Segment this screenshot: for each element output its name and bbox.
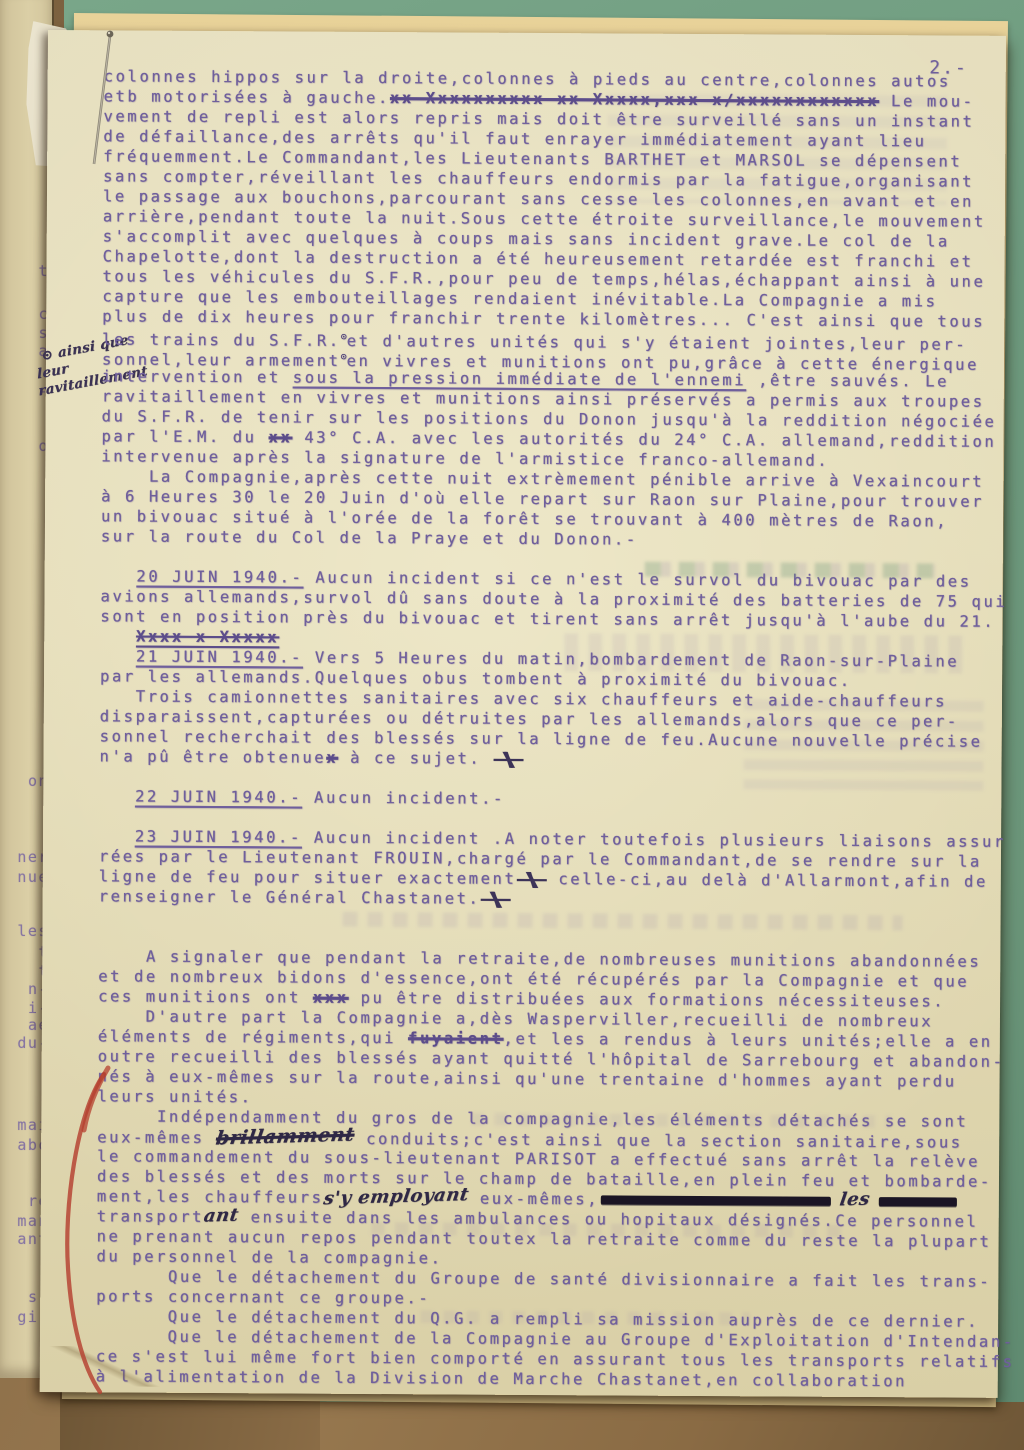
scanned-war-diary-photo: { "colors":{"blotter_green":"#6e9a7e","d… [0,0,1024,1450]
typed-text: celle-ci,au delà d'Allarmont,afin de [546,870,988,891]
struck-text: xx Xxxxxxxxxx xx Xxxxx,xxx x/xxxxxxxxxxx… [390,89,879,110]
typed-text: ment,les chauffeurs [97,1187,324,1206]
pen-mark [480,891,510,907]
struck-underlined-text: Xxxx x Xxxxx [136,628,279,647]
underlined-text: 22 JUIN 1940.- [135,788,302,807]
struck-text: x [326,749,338,767]
underlined-text: 21 JUIN 1940.- [136,648,303,667]
handwritten-text: s'y employant [322,1185,470,1209]
typed-text: ,être sauvés. Le [746,371,949,390]
typed-text: leurs unités. [97,1087,252,1106]
typed-text: à ce sujet. [338,749,493,768]
typed-text [99,787,135,805]
struck-text: xxx [313,989,349,1007]
typed-text [101,567,137,585]
handwritten-struck-text: brillamment [215,1125,356,1149]
typed-text: sur la route du Col de la Praye et du Do… [101,527,638,548]
typed-text: ligne de feu pour situer exactement [99,867,517,888]
handwritten-text: ant [203,1206,241,1227]
pen-mark [516,871,546,887]
typed-text: à l'alimentation de la Division de March… [96,1367,907,1390]
struck-text: xx [269,428,293,446]
typed-text: Aucun incident.- [302,789,505,808]
redaction-bar [879,1197,957,1206]
typed-text: ces munitions ont [98,987,313,1006]
typed-text: etb motorisées à gauche. [104,87,390,107]
typed-text: eux-mêmes [97,1128,216,1147]
handwritten-text: les [832,1189,879,1210]
typed-text: pu être distribuées aux formations néces… [349,989,946,1011]
underlined-text: 20 JUIN 1940.- [136,568,303,587]
underlined-text: 23 JUIN 1940.- [135,828,302,847]
pen-mark [493,751,523,767]
typed-text: eux-mêmes, [468,1190,599,1209]
typed-text: intervention et [102,367,293,386]
typed-text: du personnel de la compagnie. [96,1247,442,1267]
typed-line: à l'alimentation de la Division de March… [96,1366,996,1391]
typed-text: Le mou- [879,92,975,111]
typed-text: n'a pû être obtenue [100,747,327,766]
typed-text [100,647,136,665]
typed-text: transport [97,1207,204,1226]
typed-text [100,627,136,645]
typewritten-page: 2.- ⊙ ainsi que leur ravitaillement colo… [40,30,1006,1398]
struck-text: fuyaient [408,1029,504,1048]
typed-text: renseigner le Général Chastanet. [99,887,481,907]
redaction-bar [601,1195,831,1205]
underlined-text: sous la pression immédiate de l'ennemi [293,369,747,390]
typed-text [99,827,135,845]
typed-line: eux-mêmes brillamment conduits;c'est ain… [97,1126,997,1151]
typed-text: par l'E.M. du [101,427,268,446]
typed-text-body: colonnes hippos sur la droite,colonnes à… [96,66,1004,1391]
typed-text: ,et les a rendus à leurs unités;elle a e… [503,1030,992,1051]
typed-text: éléments de régiments,qui [98,1027,408,1047]
typed-text: ports concernant ce groupe.- [96,1287,430,1307]
